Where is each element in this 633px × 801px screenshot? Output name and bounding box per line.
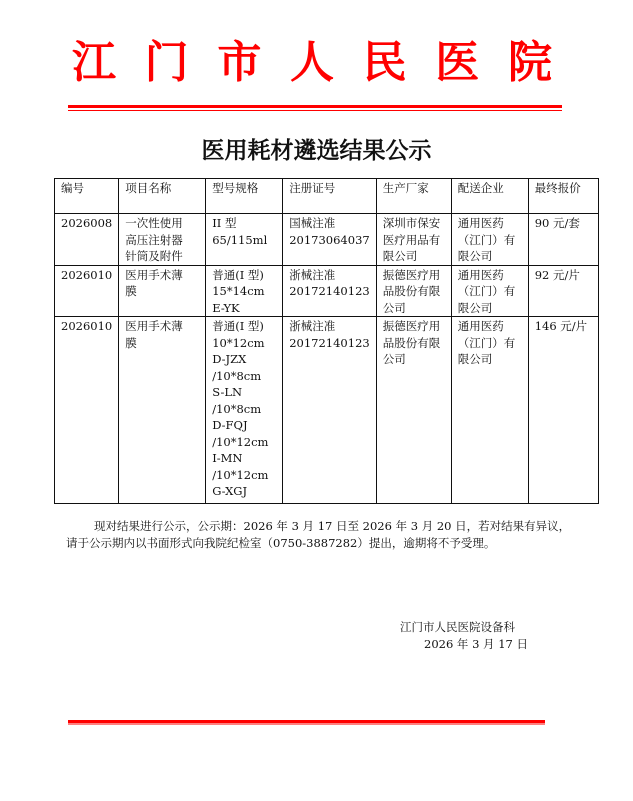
cell-price: 146 元/片 <box>528 317 598 504</box>
letterhead-char: 江 <box>72 26 116 90</box>
header-cell: 项目名称 <box>119 179 206 214</box>
letterhead-char: 门 <box>145 26 189 90</box>
cell-line: D-FQJ <box>212 417 276 434</box>
cell-reg: 浙械注准 20172140123 <box>283 317 376 504</box>
cell-line: 限公司 <box>383 248 445 265</box>
cell-dist: 通用医药 （江门）有 限公司 <box>451 317 528 504</box>
cell-line: 公司 <box>383 300 445 317</box>
cell-id: 2026008 <box>55 214 119 266</box>
cell-name: 医用手术薄 膜 <box>119 265 206 317</box>
cell-line: 医用手术薄 <box>125 267 199 284</box>
cell-line: 通用医药 <box>458 318 522 335</box>
notice-text: 现对结果进行公示，公示期：2026 年 3 月 17 日至 2026 年 3 月… <box>66 518 580 552</box>
cell-line: I-MN <box>212 450 276 467</box>
cell-maker: 振德医疗用 品股份有限 公司 <box>376 265 451 317</box>
results-table: 编号 项目名称 型号规格 注册证号 生产厂家 配送企业 最终报价 2026008… <box>54 178 599 504</box>
cell-line: 限公司 <box>458 248 522 265</box>
cell-line: 20173064037 <box>289 232 369 249</box>
document-title: 医用耗材遴选结果公示 <box>0 132 633 165</box>
table-row: 2026008 一次性使用 高压注射器 针筒及附件 II 型 65/115ml … <box>55 214 599 266</box>
table-row: 2026010 医用手术薄 膜 普通(I 型) 10*12cm D-JZX /1… <box>55 317 599 504</box>
letterhead-char: 院 <box>508 26 552 90</box>
cell-reg: 国械注准 20173064037 <box>283 214 376 266</box>
table-row: 2026010 医用手术薄 膜 普通(I 型) 15*14cm E-YK 浙械注… <box>55 265 599 317</box>
cell-line: 浙械注准 <box>289 267 369 284</box>
cell-line: （江门）有 <box>458 283 522 300</box>
cell-line: 品股份有限 <box>383 283 445 300</box>
cell-line: 公司 <box>383 351 445 368</box>
cell-line: 10*12cm <box>212 335 276 352</box>
letterhead-divider-thin <box>68 110 562 111</box>
cell-dist: 通用医药 （江门）有 限公司 <box>451 265 528 317</box>
cell-reg: 浙械注准 20172140123 <box>283 265 376 317</box>
letterhead-char: 医 <box>435 26 479 90</box>
cell-line: 一次性使用 <box>125 215 199 232</box>
letterhead-char: 民 <box>363 26 407 90</box>
cell-line: /10*8cm <box>212 368 276 385</box>
notice-paragraph: 现对结果进行公示，公示期：2026 年 3 月 17 日至 2026 年 3 月… <box>80 518 580 552</box>
cell-line: 针筒及附件 <box>125 248 199 265</box>
signature-date: 2026 年 3 月 17 日 <box>400 636 528 653</box>
cell-line: E-YK <box>212 300 276 317</box>
cell-line: （江门）有 <box>458 335 522 352</box>
cell-spec: 普通(I 型) 15*14cm E-YK <box>206 265 283 317</box>
cell-maker: 深圳市保安 医疗用品有 限公司 <box>376 214 451 266</box>
cell-line: 限公司 <box>458 300 522 317</box>
header-cell: 最终报价 <box>528 179 598 214</box>
cell-line: 普通(I 型) <box>212 318 276 335</box>
cell-line: 15*14cm <box>212 283 276 300</box>
cell-line: 医疗用品有 <box>383 232 445 249</box>
cell-line: D-JZX <box>212 351 276 368</box>
letterhead-divider <box>68 105 562 108</box>
letterhead-char: 人 <box>290 26 334 90</box>
cell-line: 品股份有限 <box>383 335 445 352</box>
cell-line: 国械注准 <box>289 215 369 232</box>
cell-line: 普通(I 型) <box>212 267 276 284</box>
header-cell: 型号规格 <box>206 179 283 214</box>
signature-block: 江门市人民医院设备科 2026 年 3 月 17 日 <box>400 619 528 653</box>
cell-name: 一次性使用 高压注射器 针筒及附件 <box>119 214 206 266</box>
cell-spec: II 型 65/115ml <box>206 214 283 266</box>
cell-line: 限公司 <box>458 351 522 368</box>
cell-line: /10*8cm <box>212 401 276 418</box>
cell-spec: 普通(I 型) 10*12cm D-JZX /10*8cm S-LN /10*8… <box>206 317 283 504</box>
cell-line: 膜 <box>125 283 199 300</box>
cell-line: 20172140123 <box>289 283 369 300</box>
cell-line: （江门）有 <box>458 232 522 249</box>
cell-price: 92 元/片 <box>528 265 598 317</box>
cell-dist: 通用医药 （江门）有 限公司 <box>451 214 528 266</box>
cell-line: G-XGJ <box>212 483 276 500</box>
cell-line: S-LN <box>212 384 276 401</box>
cell-line: 振德医疗用 <box>383 318 445 335</box>
cell-line: 浙械注准 <box>289 318 369 335</box>
header-cell: 注册证号 <box>283 179 376 214</box>
cell-line: II 型 <box>212 215 276 232</box>
letterhead-char: 市 <box>217 26 261 90</box>
cell-line: 医用手术薄 <box>125 318 199 335</box>
cell-maker: 振德医疗用 品股份有限 公司 <box>376 317 451 504</box>
header-cell: 配送企业 <box>451 179 528 214</box>
cell-id: 2026010 <box>55 317 119 504</box>
cell-line: 通用医药 <box>458 267 522 284</box>
cell-line: /10*12cm <box>212 467 276 484</box>
cell-id: 2026010 <box>55 265 119 317</box>
header-cell: 编号 <box>55 179 119 214</box>
cell-line: 膜 <box>125 335 199 352</box>
table-header-row: 编号 项目名称 型号规格 注册证号 生产厂家 配送企业 最终报价 <box>55 179 599 214</box>
signature-department: 江门市人民医院设备科 <box>400 619 528 636</box>
cell-price: 90 元/套 <box>528 214 598 266</box>
cell-line: 深圳市保安 <box>383 215 445 232</box>
footer-divider-shadow <box>68 723 545 725</box>
cell-line: 通用医药 <box>458 215 522 232</box>
cell-line: /10*12cm <box>212 434 276 451</box>
cell-line: 振德医疗用 <box>383 267 445 284</box>
hospital-letterhead: 江 门 市 人 民 医 院 <box>72 30 552 86</box>
cell-line: 20172140123 <box>289 335 369 352</box>
cell-line: 高压注射器 <box>125 232 199 249</box>
header-cell: 生产厂家 <box>376 179 451 214</box>
cell-line: 65/115ml <box>212 232 276 249</box>
cell-name: 医用手术薄 膜 <box>119 317 206 504</box>
